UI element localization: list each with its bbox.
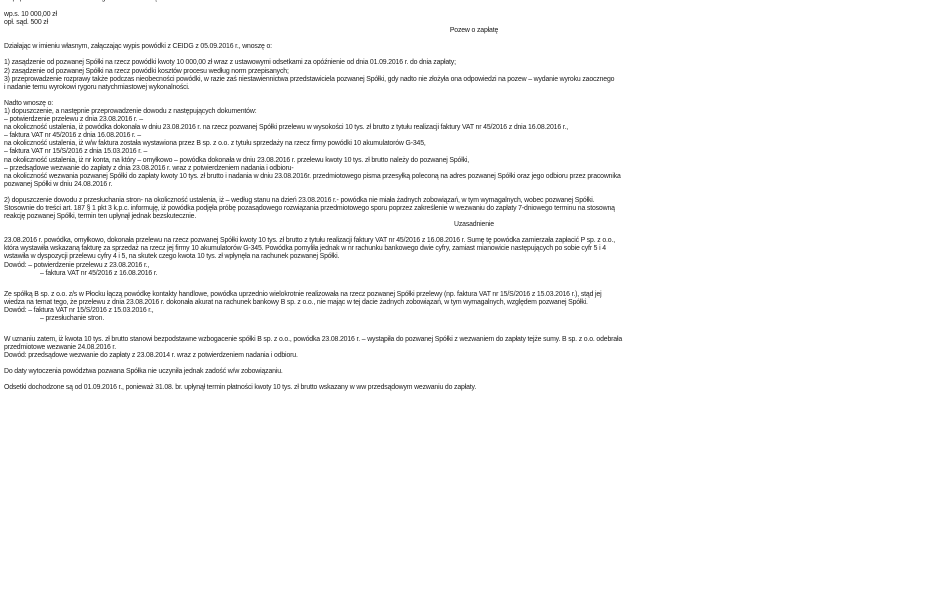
document-page: Rep. przez Prokurenta samoistnego i Prez… <box>0 0 948 393</box>
document-title: Pozew o zapłatę <box>4 27 944 35</box>
evidence-line: – faktura VAT nr 45/2016 z dnia 16.08.20… <box>4 132 944 140</box>
claim-value: wp.s. 10 000,00 zł <box>4 11 944 19</box>
proof-item: – faktura VAT nr 15/S/2016 z 15.03.2016 … <box>28 307 153 314</box>
proof-item: – przesłuchanie stron. <box>4 315 944 323</box>
justification-paragraph-4: Do daty wytoczenia powództwa pozwana Spó… <box>4 368 944 376</box>
evidence-line: 1) dopuszczenie, a następnie przeprowadz… <box>4 108 944 116</box>
evidence-line: na okoliczność wezwania pozwanej Spółki … <box>4 173 944 181</box>
proof-item: – potwierdzenie przelewu z 23.08.2016 r.… <box>28 262 149 269</box>
intro-paragraph: Działając w imieniu własnym, załączając … <box>4 43 944 51</box>
evidence-2-paragraph: 2) dopuszczenie dowodu z przesłuchania s… <box>4 197 944 221</box>
paragraph-line: przedmiotowe wezwanie 24.08.2016 r. <box>4 344 944 352</box>
additional-intro: Nadto wnoszę o: <box>4 100 944 108</box>
proof-label: Dowód: <box>4 307 26 314</box>
evidence-line: na okoliczność ustalenia, iż w/w faktura… <box>4 140 944 148</box>
evidence-2-line: Stosownie do treści art. 187 § 1 pkt 3 k… <box>4 205 944 213</box>
paragraph-line: 23.08.2016 r. powódka, omyłkowo, dokonał… <box>4 237 944 245</box>
justification-title: Uzasadnienie <box>4 221 944 229</box>
requests-list: 1) zasądzenie od pozwanej Spółki na rzec… <box>4 59 944 91</box>
evidence-list: 1) dopuszczenie, a następnie przeprowadz… <box>4 108 944 189</box>
request-item: i nadanie temu wyrokowi rygoru natychmia… <box>4 84 944 92</box>
court-fee: opł. sąd. 500 zł <box>4 19 944 27</box>
evidence-2-line: 2) dopuszczenie dowodu z przesłuchania s… <box>4 197 944 205</box>
paragraph-line: wstawiła w dyspozycji przelewu cyfry 4 i… <box>4 253 944 261</box>
evidence-line: na okoliczność ustalenia, iż nr konta, n… <box>4 157 944 165</box>
justification-paragraph-3: W uznaniu zatem, iż kwota 10 tys. zł bru… <box>4 336 944 360</box>
justification-paragraph-5: Odsetki dochodzone są od 01.09.2016 r., … <box>4 384 944 392</box>
evidence-2-line: reakcję pozwanej Spółki, termin ten upły… <box>4 213 944 221</box>
evidence-line: na okoliczność ustalenia, iż powódka dok… <box>4 124 944 132</box>
proof-label: Dowód: <box>4 262 26 269</box>
request-item: 2) zasądzenie od pozwanej Spółki na rzec… <box>4 68 944 76</box>
proof-block-1: Dowód: – potwierdzenie przelewu z 23.08.… <box>4 262 944 278</box>
proof-block-2: Dowód: – faktura VAT nr 15/S/2016 z 15.0… <box>4 307 944 323</box>
request-item: 1) zasądzenie od pozwanej Spółki na rzec… <box>4 59 944 67</box>
justification-paragraph-2: Ze spółką B sp. z o.o. z/s w Płocku łącz… <box>4 291 944 307</box>
paragraph-line: Ze spółką B sp. z o.o. z/s w Płocku łącz… <box>4 291 944 299</box>
evidence-line: pozwanej Spółki w dniu 24.08.2016 r. <box>4 181 944 189</box>
evidence-line: – przedsądowe wezwanie do zapłaty z dnia… <box>4 165 944 173</box>
request-item: 3) przeprowadzenie rozprawy także podcza… <box>4 76 944 84</box>
paragraph-line: W uznaniu zatem, iż kwota 10 tys. zł bru… <box>4 336 944 344</box>
paragraph-line: wiedza na temat tego, że przelewu z dnia… <box>4 299 944 307</box>
evidence-line: – potwierdzenie przelewu z dnia 23.08.20… <box>4 116 944 124</box>
justification-paragraph-1: 23.08.2016 r. powódka, omyłkowo, dokonał… <box>4 237 944 261</box>
proof-item: – faktura VAT nr 45/2016 z 16.08.2016 r. <box>4 270 944 278</box>
paragraph-line: która wystawiła wskazaną fakturę za sprz… <box>4 245 944 253</box>
evidence-line: – faktura VAT nr 15/S/2016 z dnia 15.03.… <box>4 148 944 156</box>
paragraph-line: Dowód: przedsądowe wezwanie do zapłaty z… <box>4 352 944 360</box>
